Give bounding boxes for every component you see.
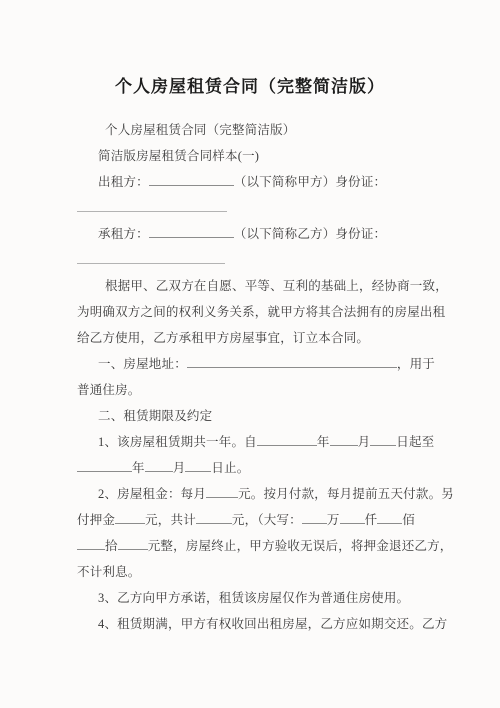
text-segment: 1、该房屋租赁期共一年。自 — [98, 435, 257, 449]
document-line: 个人房屋租赁合同（完整简洁版） — [77, 117, 460, 143]
blank-underline — [77, 200, 227, 212]
text-segment: 日止。 — [211, 461, 249, 475]
document-line: 二、租赁期限及约定 — [77, 403, 460, 429]
text-segment: ，用于 — [397, 357, 435, 371]
text-segment: 承租方： — [98, 227, 149, 241]
text-segment: 元，共计 — [145, 513, 196, 527]
text-segment: 日起至 — [396, 435, 434, 449]
document-line: 1、该房屋租赁期共一年。自年月日起至 — [77, 429, 460, 455]
text-segment: 4、租赁期满，甲方有权收回出租房屋，乙方应如期交还。乙方 — [98, 617, 447, 631]
document-line: 不计利息。 — [77, 559, 460, 585]
text-segment: 万 — [327, 513, 340, 527]
blank-underline — [340, 512, 365, 524]
text-segment: 月 — [358, 435, 371, 449]
blank-underline — [118, 538, 148, 550]
blank-underline — [196, 512, 232, 524]
document-line — [77, 247, 460, 273]
document-line: 普通住房。 — [77, 377, 460, 403]
text-segment: 年 — [317, 435, 330, 449]
text-segment: 不计利息。 — [77, 565, 141, 579]
blank-underline — [185, 460, 211, 472]
blank-underline — [149, 226, 234, 238]
blank-underline — [77, 460, 132, 472]
text-segment: 2、房屋租金：每月 — [98, 487, 206, 501]
document-line: 4、租赁期满，甲方有权收回出租房屋，乙方应如期交还。乙方 — [77, 611, 460, 637]
document-line: 给乙方使用，乙方承租甲方房屋事宜，订立本合同。 — [77, 325, 460, 351]
text-segment: 二、租赁期限及约定 — [98, 409, 212, 423]
blank-underline — [302, 512, 327, 524]
document-line: 拾元整，房屋终止，甲方验收无误后，将押金退还乙方， — [77, 533, 460, 559]
blank-underline — [330, 434, 358, 446]
document-line: 根据甲、乙双方在自愿、平等、互利的基础上，经协商一致， — [77, 273, 460, 299]
blank-underline — [77, 538, 105, 550]
text-segment: 一、房屋地址： — [98, 357, 187, 371]
text-segment: 年 — [132, 461, 145, 475]
contract-page: 个人房屋租赁合同（完整简洁版） 个人房屋租赁合同（完整简洁版）简洁版房屋租赁合同… — [0, 0, 500, 708]
document-title: 个人房屋租赁合同（完整简洁版） — [0, 0, 500, 97]
blank-underline — [149, 174, 234, 186]
document-line — [77, 195, 460, 221]
text-segment: 为明确双方之间的权利义务关系，就甲方将其合法拥有的房屋出租 — [77, 305, 445, 319]
document-line: 2、房屋租金：每月元。按月付款，每月提前五天付款。另 — [77, 481, 460, 507]
text-segment: 给乙方使用，乙方承租甲方房屋事宜，订立本合同。 — [77, 331, 369, 345]
blank-underline — [257, 434, 317, 446]
text-segment: 元。按月付款，每月提前五天付款。另 — [238, 487, 454, 501]
text-segment: （以下简称乙方）身份证： — [234, 227, 386, 241]
document-line: 一、房屋地址：，用于 — [77, 351, 460, 377]
text-segment: 简洁版房屋租赁合同样本(一) — [98, 149, 259, 163]
blank-underline — [377, 512, 402, 524]
document-line: 出租方：（以下简称甲方）身份证： — [77, 169, 460, 195]
text-segment: 出租方： — [98, 175, 149, 189]
blank-underline — [77, 252, 225, 264]
document-line: 为明确双方之间的权利义务关系，就甲方将其合法拥有的房屋出租 — [77, 299, 460, 325]
blank-underline — [115, 512, 145, 524]
text-segment: 普通住房。 — [77, 383, 141, 397]
text-segment: 个人房屋租赁合同（完整简洁版） — [105, 123, 296, 137]
blank-underline — [370, 434, 396, 446]
text-segment: 元，（大写： — [232, 513, 302, 527]
text-segment: 元整，房屋终止，甲方验收无误后，将押金退还乙方， — [148, 539, 453, 553]
text-segment: 付押金 — [77, 513, 115, 527]
blank-underline — [187, 356, 397, 368]
text-segment: 月 — [173, 461, 186, 475]
text-segment: 3、乙方向甲方承诺，租赁该房屋仅作为普通住房使用。 — [98, 591, 409, 605]
document-line: 年月日止。 — [77, 455, 460, 481]
document-line: 简洁版房屋租赁合同样本(一) — [77, 143, 460, 169]
blank-underline — [206, 486, 238, 498]
blank-underline — [145, 460, 173, 472]
text-segment: 仟 — [365, 513, 378, 527]
text-segment: 拾 — [105, 539, 118, 553]
document-line: 付押金元，共计元，（大写：万仟佰 — [77, 507, 460, 533]
text-segment: （以下简称甲方）身份证： — [234, 175, 386, 189]
document-line: 3、乙方向甲方承诺，租赁该房屋仅作为普通住房使用。 — [77, 585, 460, 611]
document-line: 承租方：（以下简称乙方）身份证： — [77, 221, 460, 247]
document-body: 个人房屋租赁合同（完整简洁版）简洁版房屋租赁合同样本(一)出租方：（以下简称甲方… — [0, 117, 500, 637]
text-segment: 佰 — [402, 513, 415, 527]
text-segment: 根据甲、乙双方在自愿、平等、互利的基础上，经协商一致， — [105, 279, 448, 293]
